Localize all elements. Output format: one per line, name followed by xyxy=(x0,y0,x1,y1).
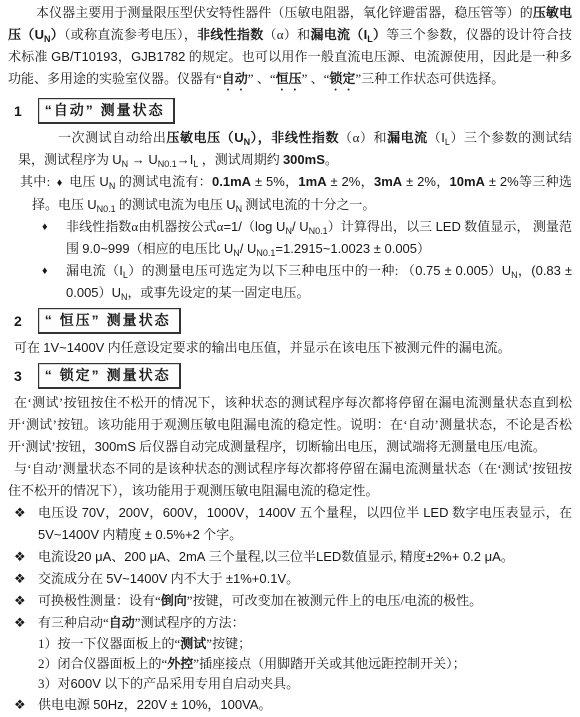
text-run: N0.1 xyxy=(256,248,275,258)
text-run: 2）闭合仪器面板上的“ xyxy=(38,656,167,671)
text-run: ） xyxy=(250,130,258,145)
text-run: 300mS xyxy=(95,439,136,454)
spec-start-methods: ❖ 有三种启动“自动”测试程序的方法： xyxy=(8,612,572,634)
diamond-bullet-icon: ♦ xyxy=(54,177,66,189)
start-method-1: 1）按一下仪器面板上的“测试”按键； xyxy=(8,634,572,654)
auto-mode-description: 一次测试自动给出压敏电压（UN），非线性指数（α）和漏电流（IL）三个参数的测试… xyxy=(18,127,572,171)
text-run: 内不大于 xyxy=(167,571,226,586)
section-1-number: 1 xyxy=(14,101,22,121)
text-run: 、 xyxy=(166,549,179,564)
text-run: U xyxy=(148,152,157,167)
text-run: ， xyxy=(436,174,450,189)
spec-polarity: ❖ 可换极性测量：设有“倒向”按键，可改变加在被测元件上的电压/电流的极性。 xyxy=(8,590,572,612)
text-run: （或称直流参考电压）， xyxy=(64,27,197,42)
text-run: 1000V xyxy=(207,505,245,520)
four-diamond-bullet-icon: ❖ xyxy=(14,694,26,716)
text-run: 300mS xyxy=(283,152,325,167)
spec-voltage-ranges-text: 电压设 70V，200V，600V，1000V，1400V 五个量程，以四位半 … xyxy=(38,505,572,542)
text-run: （α）和 xyxy=(264,27,311,42)
section-1-title: “自动” 测量状态 xyxy=(38,98,175,124)
text-run: N0.1 xyxy=(309,226,328,236)
text-run: 测试电流的十分之一。 xyxy=(242,197,375,212)
text-run: 600V xyxy=(71,676,101,691)
text-run: 1400V xyxy=(258,505,296,520)
text-run: 3mA xyxy=(374,174,402,189)
text-run: 、 xyxy=(111,549,124,564)
document: 本仪器主要用于测量限压型伏安特性器件（压敏电阻器，氧化锌避雷器，稳压管等）的压敏… xyxy=(0,0,580,716)
text-run: U xyxy=(112,152,121,167)
text-run: 压敏电压 xyxy=(166,130,220,145)
text-run: ， xyxy=(244,505,258,520)
text-run: log U xyxy=(255,219,285,234)
alpha-bullet-item: ♦ 非线性指数α由机器按公式α=1/（log UN/ UN0.1）计算得出，以三… xyxy=(8,216,572,260)
lock-mode-description-2: 与‘自动’测量状态不同的是该种状态的测试程序每次都将停留在漏电流测量状态（在‘测… xyxy=(8,458,572,502)
text-run: 其中: xyxy=(20,174,54,189)
text-run: 交流成分在 xyxy=(38,571,106,586)
text-run: ”测试程序的方法： xyxy=(135,615,245,630)
text-run: U xyxy=(226,197,235,212)
text-run: LED xyxy=(423,505,448,520)
text-run: 测试 xyxy=(180,636,206,651)
text-run: 本仪器主要用于测量限压型伏安特性器件（压敏电阻器，氧化锌避雷器，稳压管等）的 xyxy=(36,5,533,20)
text-run: ） xyxy=(373,27,387,42)
text-run: （ xyxy=(242,219,255,234)
text-run: 100VA xyxy=(220,697,258,712)
text-run: （α）和 xyxy=(339,130,387,145)
text-run: 3）对 xyxy=(38,676,71,691)
text-run: 20 μA xyxy=(77,549,111,564)
section-1-heading: 1 “自动” 测量状态 xyxy=(14,98,572,124)
text-run: ） xyxy=(450,130,464,145)
text-run: （ xyxy=(428,130,442,145)
text-run: 5V~1400V xyxy=(38,527,99,542)
text-run: =1.2915~1.0023 ± 0.005 xyxy=(275,241,417,256)
text-run: ”按键，可改变加在被测元件上的电压/电流的极性。 xyxy=(187,593,482,608)
text-run: U xyxy=(502,263,511,278)
text-run: ， xyxy=(118,49,131,64)
text-run: 供电电源 xyxy=(38,697,93,712)
text-run: ”按键； xyxy=(206,636,251,651)
text-run: 2mA xyxy=(179,549,206,564)
text-run: 50Hz xyxy=(93,697,123,712)
text-run: ，或事先设定的某一固定电压。 xyxy=(127,285,309,300)
text-run: 200V xyxy=(119,505,149,520)
four-diamond-bullet-icon: ❖ xyxy=(14,546,26,568)
text-run: （相应的电压比 xyxy=(130,241,224,256)
text-run: 的测试电流为电压 xyxy=(116,197,227,212)
text-run: ，测试周期约 xyxy=(198,152,283,167)
text-run: N0.1 xyxy=(158,159,177,169)
text-run: → xyxy=(128,152,148,167)
text-run: U xyxy=(99,174,108,189)
test-current-note: 其中: ♦ 电压 UN 的测试电流有：0.1mA ± 5%，1mA ± 2%，3… xyxy=(20,171,572,216)
section-2-title: “ 恒压” 测量状态 xyxy=(38,308,181,334)
text-run: ±1%+0.1V xyxy=(226,571,286,586)
text-run: / U xyxy=(292,219,309,234)
text-run: 恒压 xyxy=(276,71,302,86)
text-run: ± 2% xyxy=(327,174,361,189)
text-run: 漏电流 xyxy=(310,27,350,42)
text-run: ± 5% xyxy=(251,174,285,189)
text-run: 1）按一下仪器面板上的“ xyxy=(38,636,180,651)
text-run: 非线性指数α由机器按公式α xyxy=(66,219,223,234)
text-run: ， xyxy=(258,130,272,145)
text-run: N0.1 xyxy=(97,204,116,214)
spec-ac-component: ❖ 交流成分在 5V~1400V 内不大于 ±1%+0.1V。 xyxy=(8,568,572,590)
text-run: ） xyxy=(50,27,64,42)
text-run: ， xyxy=(518,263,532,278)
text-run: 0.1mA xyxy=(212,174,251,189)
text-run: ） xyxy=(99,285,112,300)
text-run: 自动 xyxy=(222,71,248,86)
text-run: U xyxy=(112,285,121,300)
text-run: ” 、“ xyxy=(248,71,276,86)
text-run: ± 0.5%+2 xyxy=(145,527,200,542)
text-run: 70V xyxy=(82,505,105,520)
text-run: / U xyxy=(240,241,257,256)
text-run: ， xyxy=(193,505,207,520)
text-run: ， xyxy=(124,697,137,712)
text-run: 以下的产品采用专用自启动夹具。 xyxy=(101,676,299,691)
text-run: 。 xyxy=(501,549,514,564)
text-run: LED xyxy=(436,219,461,234)
diamond-bullet-icon: ♦ xyxy=(42,216,48,238)
text-run: ±2%+ 0.2 μA xyxy=(426,549,501,564)
text-run: ± 2% xyxy=(485,174,519,189)
text-run: ）的测量电压可选定为以下三种电压中的一种: （ xyxy=(128,263,415,278)
section-2-number: 2 xyxy=(14,311,22,331)
text-run: 漏电流（ xyxy=(66,263,119,278)
text-run: 五个量程，以四位半 xyxy=(296,505,423,520)
text-run: 个字。 xyxy=(200,527,242,542)
spec-current-ranges: ❖ 电流设20 μA、200 μA、2mA 三个量程,以三位半LED数值显示, … xyxy=(8,546,572,568)
text-run: （ xyxy=(350,27,363,42)
text-run: （ xyxy=(221,130,235,145)
text-run: U xyxy=(35,27,44,42)
text-run: 电流设 xyxy=(38,549,77,564)
text-run: （ xyxy=(21,27,34,42)
text-run: 一次测试自动给出 xyxy=(58,130,166,145)
text-run: 电压设 xyxy=(38,505,82,520)
text-run: 锁定 xyxy=(329,71,355,86)
text-run: 。 xyxy=(286,571,299,586)
spec-power-supply: ❖ 供电电源 50Hz，220V ± 10%，100VA。 xyxy=(8,694,572,716)
text-run: 内任意设定要求的输出电压值，并显示在该电压下被测元件的漏电流。 xyxy=(104,340,510,355)
text-run: 数字电压表显示，在 xyxy=(448,505,572,520)
section-3-heading: 3 “ 锁定” 测量状态 xyxy=(14,363,572,389)
text-run: LED xyxy=(316,549,341,564)
text-run: GJB1782 xyxy=(131,49,185,64)
spec-current-ranges-text: 电流设20 μA、200 μA、2mA 三个量程,以三位半LED数值显示, 精度… xyxy=(38,549,514,564)
intro-paragraph: 本仪器主要用于测量限压型伏安特性器件（压敏电阻器，氧化锌避雷器，稳压管等）的压敏… xyxy=(8,2,572,94)
spec-power-supply-text: 供电电源 50Hz，220V ± 10%，100VA。 xyxy=(38,697,272,712)
text-run: 非线性指数 xyxy=(271,130,339,145)
four-diamond-bullet-icon: ❖ xyxy=(14,568,26,590)
section-3-number: 3 xyxy=(14,366,22,386)
text-run: 10mA xyxy=(450,174,485,189)
text-run: 可在 xyxy=(14,340,43,355)
diamond-bullet-icon: ♦ xyxy=(42,260,48,282)
text-run: 与‘自动’测量状态不同的是该种状态的测试程序每次都将停留在漏电流测量状态（在‘测… xyxy=(8,461,572,498)
leakage-bullet-text: 漏电流（IL）的测量电压可选定为以下三种电压中的一种: （0.75 ± 0.00… xyxy=(66,263,572,300)
text-run: GB/T10193 xyxy=(51,49,118,64)
text-run: 1mA xyxy=(298,174,326,189)
text-run: 数值显示, 精度 xyxy=(341,549,426,564)
text-run: 的测试电流有： xyxy=(115,174,212,189)
four-diamond-bullet-icon: ❖ xyxy=(14,590,26,612)
text-run: 三个量程,以三位半 xyxy=(205,549,316,564)
text-run: 。 xyxy=(325,152,338,167)
section-3-title: “ 锁定” 测量状态 xyxy=(38,363,181,389)
text-run: ， xyxy=(149,505,163,520)
text-run: ） xyxy=(417,241,430,256)
start-method-3: 3）对600V 以下的产品采用专用自启动夹具。 xyxy=(8,674,572,694)
text-run: 。 xyxy=(258,697,271,712)
text-run: 有三种启动“ xyxy=(38,615,109,630)
text-run: ”三种工作状态可供选择。 xyxy=(355,71,504,86)
lock-mode-description: 在‘测试’按钮按住不松开的情况下，该种状态的测试程序每次都将停留在漏电流测量状态… xyxy=(8,392,572,458)
text-run: 电压 xyxy=(66,174,100,189)
text-run: ”插座接点（用脚踏开关或其他远距控制开关）； xyxy=(193,656,465,671)
text-run: → xyxy=(177,152,190,167)
text-run: 内精度 xyxy=(99,527,145,542)
four-diamond-bullet-icon: ❖ xyxy=(14,502,26,524)
text-run: =1/ xyxy=(223,219,241,234)
section-2-heading: 2 “ 恒压” 测量状态 xyxy=(14,308,572,334)
text-run: 0.75 ± 0.005 xyxy=(415,263,488,278)
text-run: 漏电流 xyxy=(387,130,428,145)
start-method-2: 2）闭合仪器面板上的“外控”插座接点（用脚踏开关或其他远距控制开关）； xyxy=(8,654,572,674)
text-run: ， xyxy=(285,174,299,189)
text-run: 倒向 xyxy=(161,593,187,608)
text-run: ） xyxy=(488,263,502,278)
text-run: ， xyxy=(105,505,119,520)
text-run: ）计算得出，以三 xyxy=(328,219,436,234)
text-run: ” 、“ xyxy=(302,71,330,86)
constant-voltage-description: 可在 1V~1400V 内任意设定要求的输出电压值，并显示在该电压下被测元件的漏… xyxy=(14,337,572,359)
text-run: 外控 xyxy=(167,656,193,671)
text-run: 9.0~999 xyxy=(82,241,129,256)
text-run: 5V~1400V xyxy=(106,571,167,586)
text-run: 600V xyxy=(163,505,193,520)
spec-polarity-text: 可换极性测量：设有“倒向”按键，可改变加在被测元件上的电压/电流的极性。 xyxy=(38,593,482,608)
four-diamond-bullet-icon: ❖ xyxy=(14,612,26,634)
text-run: ± 2% xyxy=(402,174,436,189)
text-run: 非线性指数 xyxy=(197,27,263,42)
text-run: 220V ± 10% xyxy=(137,697,208,712)
text-run: 后仪器自动完成测量程序，切断输出电压，测试端将无测量电压/电流。 xyxy=(136,439,546,454)
text-run: 可换极性测量：设有“ xyxy=(38,593,161,608)
text-run: U xyxy=(87,197,96,212)
spec-start-methods-text: 有三种启动“自动”测试程序的方法： xyxy=(38,615,245,630)
text-run: 1V~1400V xyxy=(43,340,104,355)
spec-voltage-ranges: ❖ 电压设 70V，200V，600V，1000V，1400V 五个量程，以四位… xyxy=(8,502,572,546)
text-run: U xyxy=(234,130,243,145)
text-run: ， xyxy=(360,174,374,189)
alpha-bullet-text: 非线性指数α由机器按公式α=1/（log UN/ UN0.1）计算得出，以三 L… xyxy=(66,219,572,256)
spec-ac-component-text: 交流成分在 5V~1400V 内不大于 ±1%+0.1V。 xyxy=(38,571,299,586)
text-run: ， xyxy=(207,697,220,712)
text-run: U xyxy=(224,241,233,256)
leakage-bullet-item: ♦ 漏电流（IL）的测量电压可选定为以下三种电压中的一种: （0.75 ± 0.… xyxy=(8,260,572,304)
text-run: 自动 xyxy=(109,615,135,630)
text-run: 200 μA xyxy=(124,549,165,564)
